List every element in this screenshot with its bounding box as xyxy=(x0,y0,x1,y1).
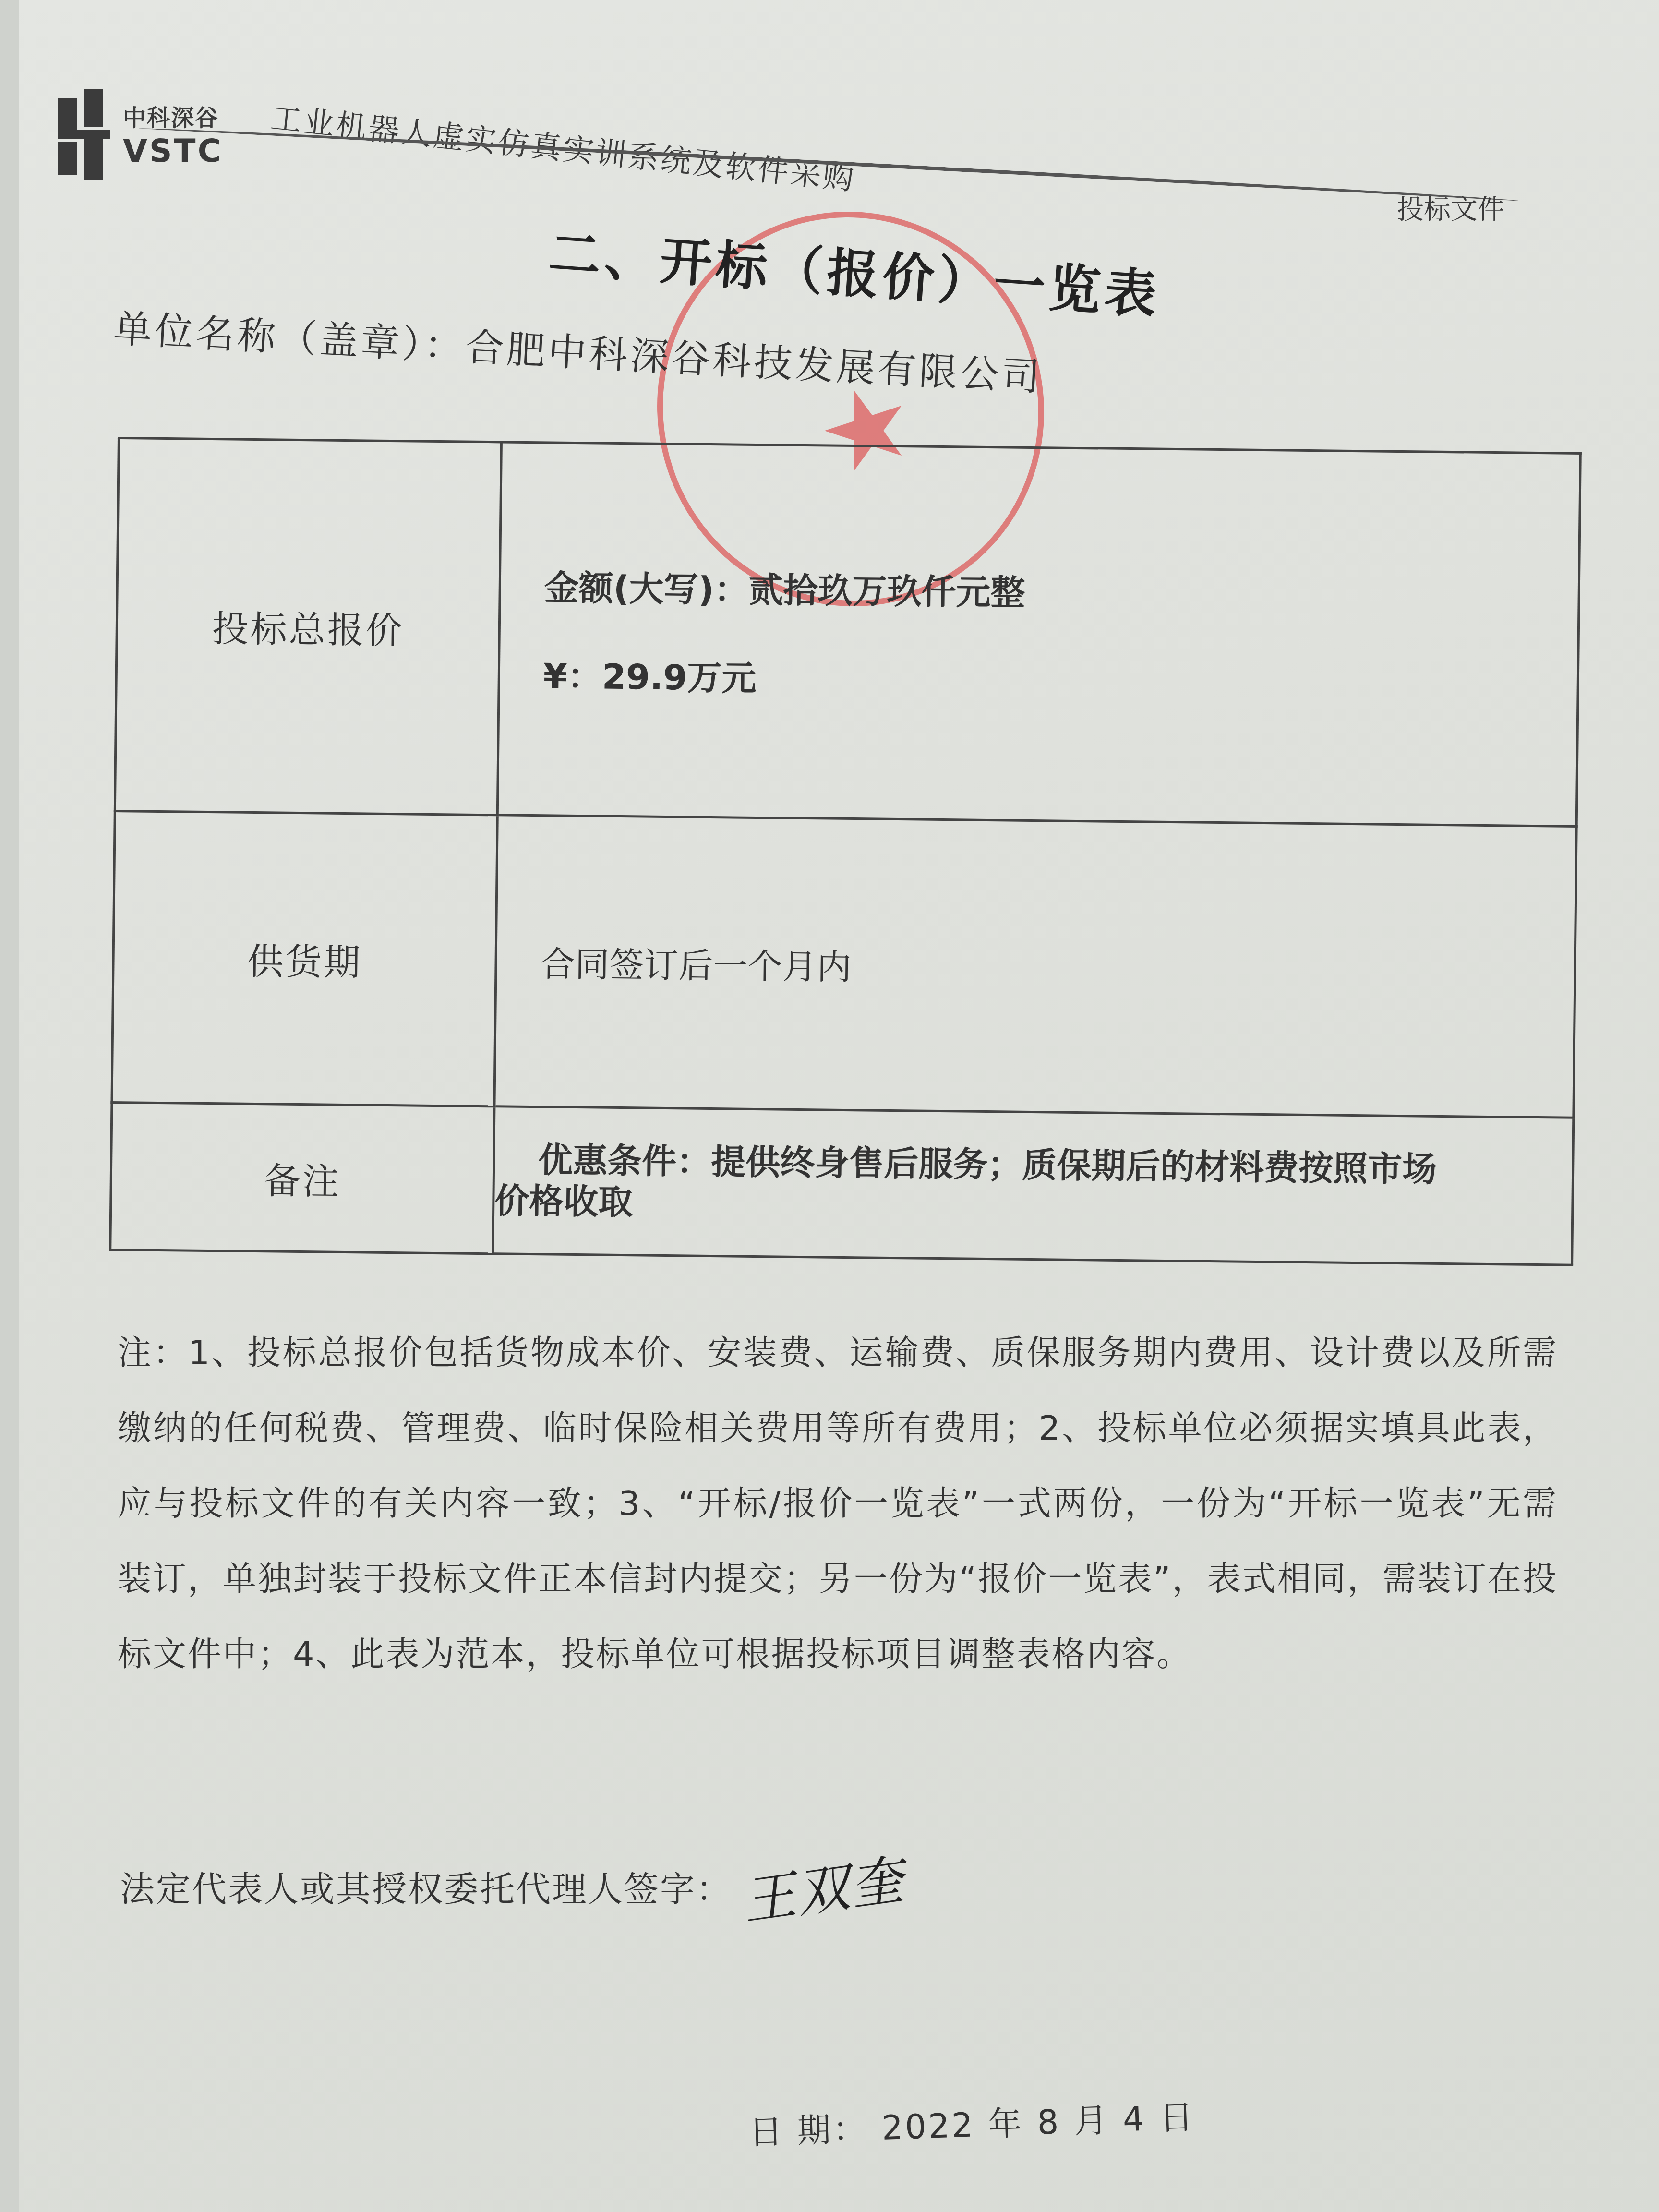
table-row: 投标总报价 金额(大写)：贰拾玖万玖仟元整 ¥：29.9万元 xyxy=(115,438,1580,827)
company-logo: 中科深谷 VSTC xyxy=(58,89,223,180)
remarks-line-1: 优惠条件：提供终身售后服务；质保期后的材料费按照市场 xyxy=(495,1139,1437,1190)
logo-cn-text: 中科深谷 xyxy=(123,99,223,132)
document-page: 中科深谷 VSTC 工业机器人虚实仿真实训系统及软件采购 投标文件 ★ 二、开标… xyxy=(19,0,1659,2212)
signature-line: 法定代表人或其授权委托代理人签字： 王双奎 xyxy=(120,1848,904,1924)
amount-in-figures: ¥：29.9万元 xyxy=(543,648,1576,709)
remarks-label: 备注 xyxy=(110,1102,494,1253)
date-day: 4 xyxy=(1122,2099,1147,2140)
logo-en-text: VSTC xyxy=(123,132,223,169)
date-month-unit: 月 xyxy=(1073,2101,1110,2141)
signature-label: 法定代表人或其授权委托代理人签字： xyxy=(120,1861,732,1911)
date-label: 日 期： xyxy=(748,2109,869,2152)
delivery-period-value: 合同签订后一个月内 xyxy=(494,815,1576,1118)
delivery-period-label: 供货期 xyxy=(112,811,497,1106)
total-price-label: 投标总报价 xyxy=(115,438,501,815)
table-row: 供货期 合同签订后一个月内 xyxy=(112,811,1576,1118)
date-month: 8 xyxy=(1036,2102,1061,2142)
bid-quote-table: 投标总报价 金额(大写)：贰拾玖万玖仟元整 ¥：29.9万元 供货期 合同签订后… xyxy=(109,437,1582,1266)
date-day-unit: 日 xyxy=(1159,2097,1196,2138)
logo-mark-icon xyxy=(58,89,115,180)
amount-in-words: 金额(大写)：贰拾玖万玖仟元整 xyxy=(544,560,1577,621)
date-year-unit: 年 xyxy=(987,2104,1024,2144)
total-price-cell: 金额(大写)：贰拾玖万玖仟元整 ¥：29.9万元 xyxy=(497,442,1580,826)
remarks-line-2: 价格收取 xyxy=(494,1180,633,1222)
organization-label: 单位名称（盖章）： xyxy=(112,306,467,369)
handwritten-signature: 王双奎 xyxy=(737,1837,909,1935)
header-project-title: 工业机器人虚实仿真实训系统及软件采购 xyxy=(269,94,858,199)
remarks-value: 优惠条件：提供终身售后服务；质保期后的材料费按照市场 价格收取 xyxy=(493,1106,1574,1265)
header-doc-type: 投标文件 xyxy=(1397,188,1504,227)
date-year: 2022 xyxy=(881,2105,975,2148)
date-line: 日 期：2022年8月4日 xyxy=(748,2090,1209,2154)
table-row: 备注 优惠条件：提供终身售后服务；质保期后的材料费按照市场 价格收取 xyxy=(110,1102,1574,1265)
notes-paragraph: 注：1、投标总报价包括货物成本价、安装费、运输费、质保服务期内费用、设计费以及所… xyxy=(118,1315,1558,1692)
